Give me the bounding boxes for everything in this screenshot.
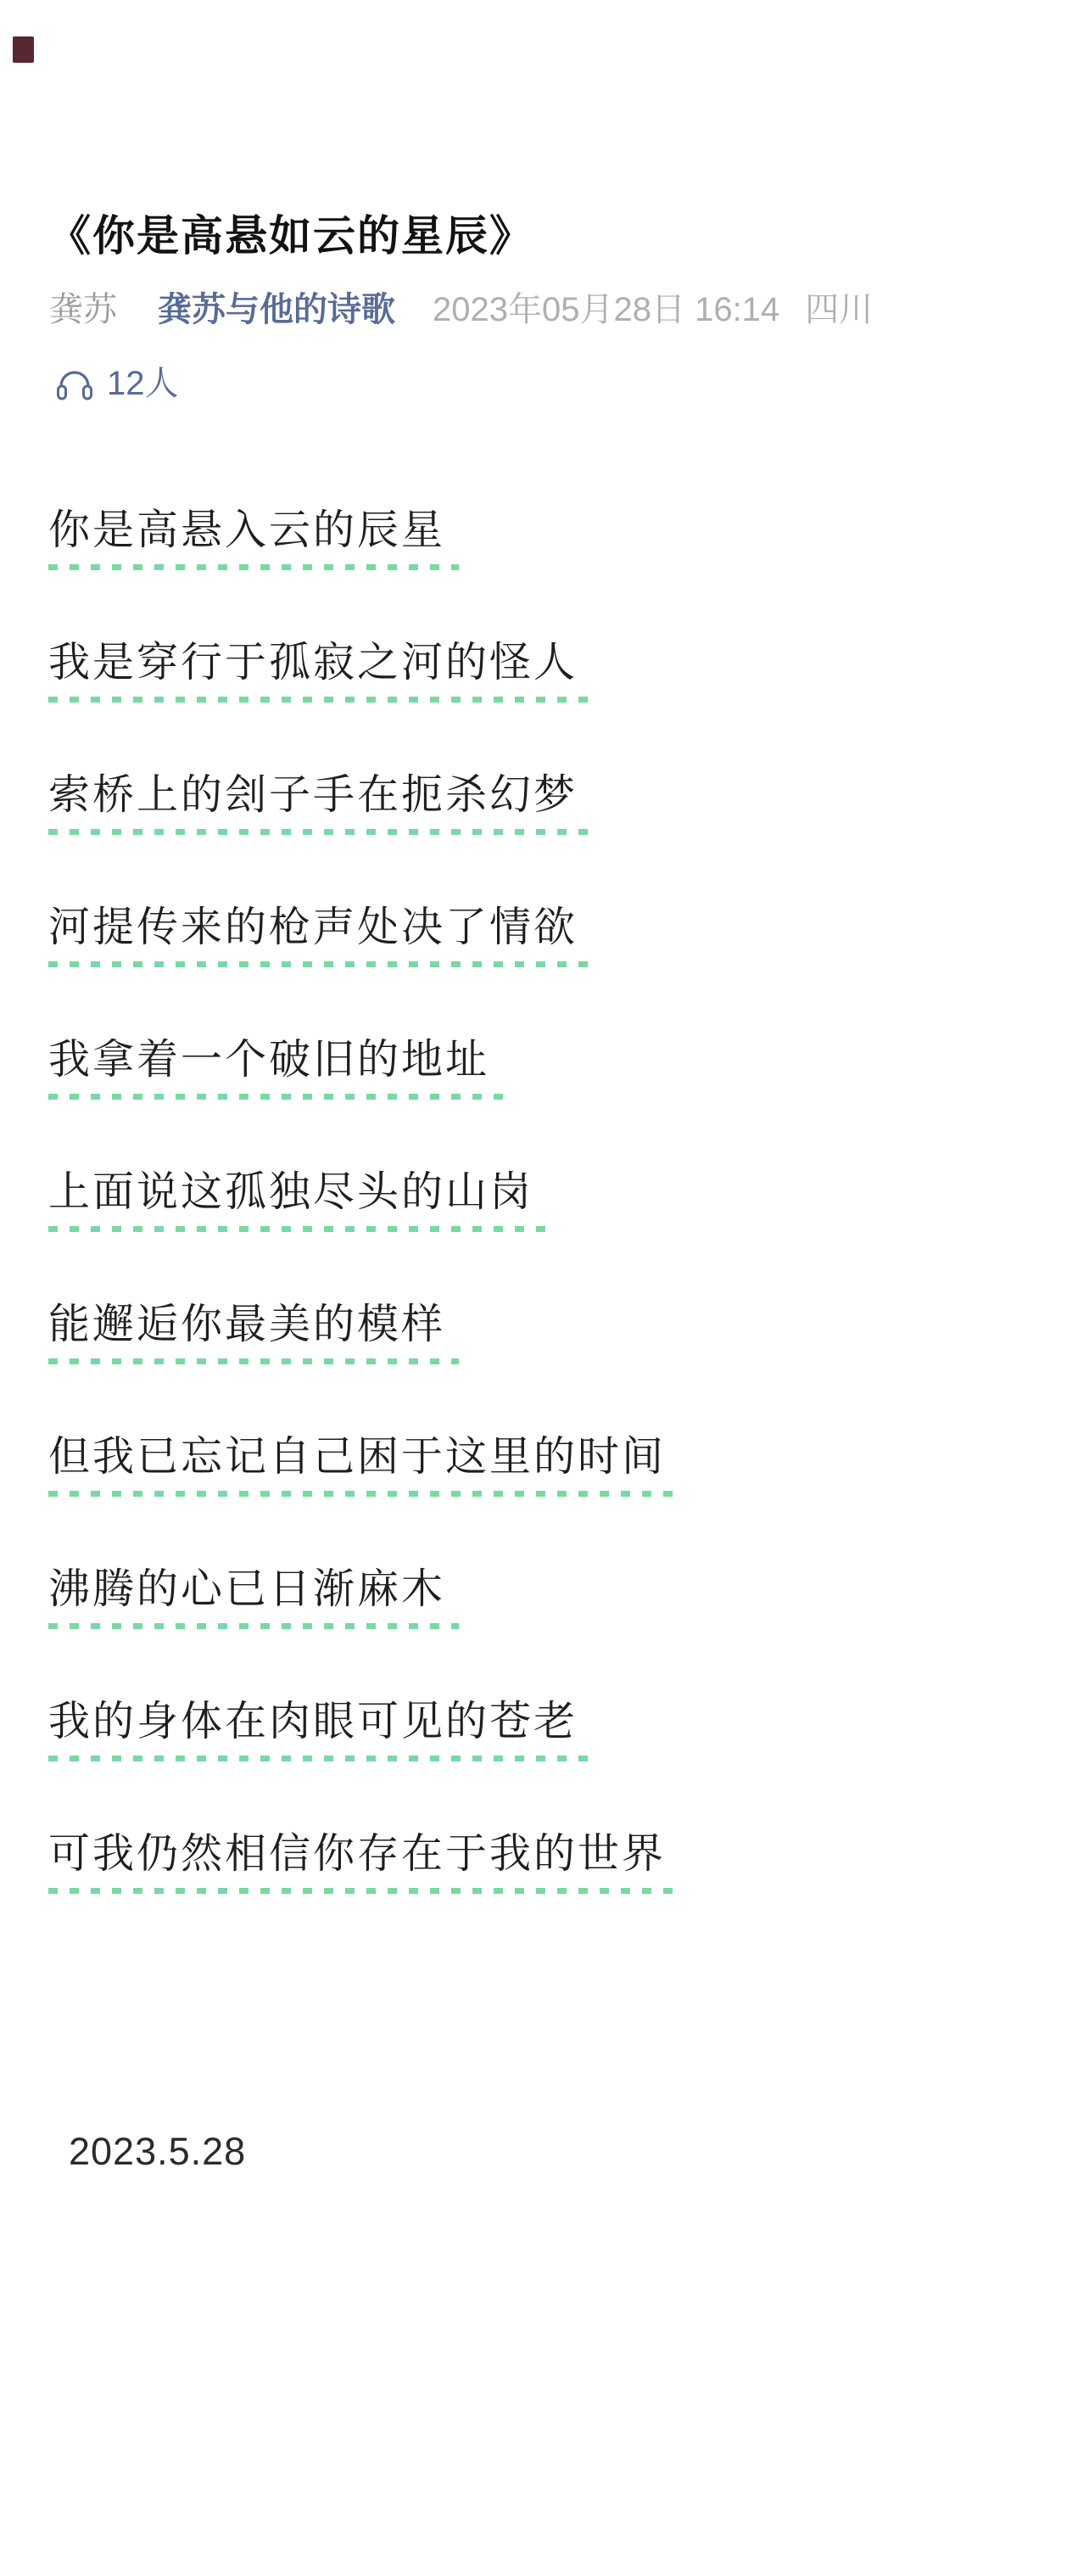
poem-line-text: 我的身体在肉眼可见的苍老 bbox=[48, 1695, 591, 1761]
poem-line-text: 能邂逅你最美的模样 bbox=[48, 1298, 459, 1364]
poem-line-text: 河提传来的枪声处决了情欲 bbox=[48, 901, 591, 967]
poem-line-text: 我拿着一个破旧的地址 bbox=[48, 1033, 503, 1100]
poem-line-text: 但我已忘记自己困于这里的时间 bbox=[48, 1431, 679, 1497]
poem-line: 河提传来的枪声处决了情欲 bbox=[48, 901, 1049, 1033]
poem-line-text: 可我仍然相信你存在于我的世界 bbox=[48, 1828, 679, 1894]
poem-line-text: 索桥上的刽子手在扼杀幻梦 bbox=[48, 769, 591, 835]
page-root: { "theme": { "dash_color": "#7ad8a5", "l… bbox=[0, 0, 1089, 2576]
poem-line: 但我已忘记自己困于这里的时间 bbox=[48, 1431, 1049, 1563]
publish-date: 2023年05月28日 16:14 bbox=[433, 288, 779, 331]
listeners-count: 12人 bbox=[107, 360, 179, 407]
footer-date: 2023.5.28 bbox=[69, 2128, 246, 2176]
publish-location: 四川 bbox=[805, 288, 873, 331]
account-link[interactable]: 龚苏与他的诗歌 bbox=[158, 288, 395, 331]
listeners[interactable]: 12人 bbox=[54, 360, 179, 407]
poem-line: 我的身体在肉眼可见的苍老 bbox=[48, 1695, 1049, 1828]
poem-line: 沸腾的心已日渐麻木 bbox=[48, 1563, 1049, 1695]
poem-body: 你是高悬入云的辰星 我是穿行于孤寂之河的怪人 索桥上的刽子手在扼杀幻梦 河提传来… bbox=[48, 504, 1049, 1960]
poem-line-text: 我是穿行于孤寂之河的怪人 bbox=[48, 636, 591, 703]
poem-line: 你是高悬入云的辰星 bbox=[48, 504, 1049, 636]
poem-line: 我拿着一个破旧的地址 bbox=[48, 1033, 1049, 1166]
poem-line-text: 沸腾的心已日渐麻木 bbox=[48, 1563, 459, 1629]
poem-line: 我是穿行于孤寂之河的怪人 bbox=[48, 636, 1049, 769]
poem-line: 可我仍然相信你存在于我的世界 bbox=[48, 1828, 1049, 1960]
author-name: 龚苏 bbox=[49, 288, 117, 331]
article-title: 《你是高悬如云的星辰》 bbox=[48, 203, 1041, 269]
poem-line-text: 上面说这孤独尽头的山岗 bbox=[48, 1166, 547, 1232]
headphones-icon bbox=[54, 363, 107, 404]
article-meta: 龚苏 龚苏与他的诗歌 2023年05月28日 16:14 四川 bbox=[49, 288, 1042, 331]
poem-line: 能邂逅你最美的模样 bbox=[48, 1298, 1049, 1431]
corner-marker bbox=[13, 36, 34, 63]
poem-line-text: 你是高悬入云的辰星 bbox=[48, 504, 459, 570]
poem-line: 索桥上的刽子手在扼杀幻梦 bbox=[48, 769, 1049, 901]
poem-line: 上面说这孤独尽头的山岗 bbox=[48, 1166, 1049, 1298]
